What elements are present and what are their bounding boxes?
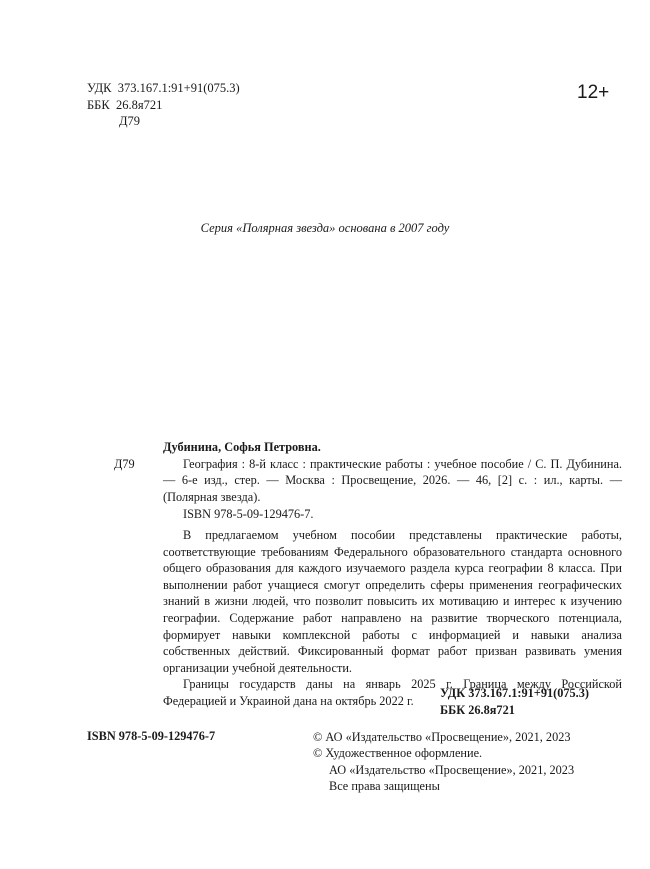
copyright-line: © АО «Издательство «Просвещение», 2021, … (313, 729, 574, 745)
series-note: Серия «Полярная звезда» основана в 2007 … (0, 221, 650, 236)
author-name: Дубинина, Софья Петровна. (87, 439, 622, 456)
annotation-paragraph: В предлагаемом учебном пособии представл… (163, 527, 622, 676)
author-code: Д79 (87, 113, 240, 130)
copyright-block: © АО «Издательство «Просвещение», 2021, … (313, 729, 574, 794)
isbn: ISBN 978-5-09-129476-7 (87, 729, 215, 744)
annotation: В предлагаемом учебном пособии представл… (163, 527, 622, 710)
udk-bottom: УДК 373.167.1:91+91(075.3) (440, 685, 589, 702)
bibliographic-entry: Д79 География : 8-й класс : практические… (87, 456, 622, 506)
bibliographic-record: Дубинина, Софья Петровна. Д79 География … (87, 439, 622, 523)
udk-value: 373.167.1:91+91(075.3) (118, 81, 240, 95)
bbk-bottom: ББК 26.8я721 (440, 702, 589, 719)
age-rating: 12+ (577, 82, 609, 104)
udk-label: УДК (87, 81, 111, 95)
entry-description: География : 8-й класс : практические раб… (163, 456, 622, 506)
bbk-label: ББК (87, 98, 110, 112)
udk-row: УДК 373.167.1:91+91(075.3) (87, 80, 240, 97)
rights-reserved: Все права защищены (313, 778, 574, 794)
copyright-line: АО «Издательство «Просвещение», 2021, 20… (313, 762, 574, 778)
bbk-value: 26.8я721 (116, 98, 162, 112)
classification-header: УДК 373.167.1:91+91(075.3) ББК 26.8я721 … (87, 80, 240, 130)
classification-footer: УДК 373.167.1:91+91(075.3) ББК 26.8я721 (440, 685, 589, 718)
entry-isbn: ISBN 978-5-09-129476-7. (87, 506, 622, 523)
bbk-row: ББК 26.8я721 (87, 97, 240, 114)
copyright-line: © Художественное оформление. (313, 745, 574, 761)
entry-code: Д79 (114, 456, 135, 473)
